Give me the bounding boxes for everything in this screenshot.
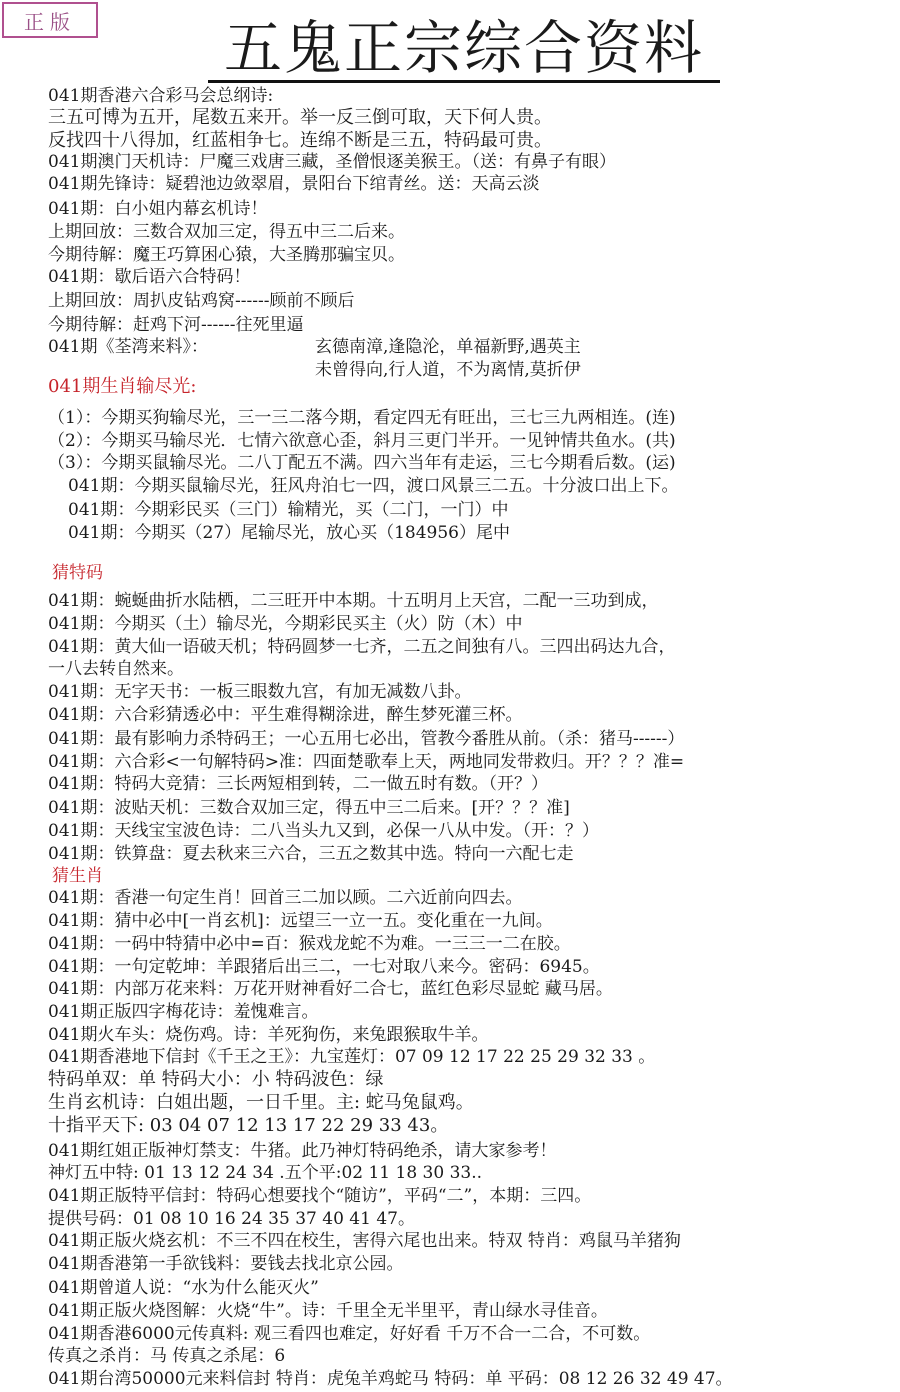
text-line: 041期：歇后语六合特码！ <box>48 266 250 288</box>
section-heading: 猜生肖 <box>52 865 103 887</box>
text-line: 041期：白小姐内幕玄机诗！ <box>48 198 267 220</box>
text-line: 传真之杀肖：马 传真之杀尾：6 <box>48 1345 285 1367</box>
text-line: （2）：今期买马输尽光．七情六欲意心歪，斜月三更门半开。一见钟情共鱼水。(共) <box>48 430 676 452</box>
text-line: 041期正版四字梅花诗：羞愧难言。 <box>48 1001 318 1023</box>
text-line: 041期：无字天书：一板三眼数九宫，有加无减数八卦。 <box>48 681 471 703</box>
text-line: 041期：最有影响力杀特码王；一心五用七必出，管教今番胜从前。（杀：猪马----… <box>48 728 684 750</box>
text-line: 041期：六合彩猜透必中：平生难得糊涂进，醉生梦死灌三杯。 <box>48 704 522 726</box>
title-underline <box>208 80 720 83</box>
text-line: 041期正版特平信封：特码心想要找个“随访”，平码“二”，本期：三四。 <box>48 1185 591 1207</box>
text-line: 041期澳门天机诗：尸魔三戏唐三藏，圣僧恨逐美猴王。（送：有鼻子有眼） <box>48 151 616 173</box>
text-line: 一八去转自然来。 <box>48 658 184 680</box>
text-line: 特码单双：单 特码大小：小 特码波色：绿 <box>48 1069 383 1091</box>
text-line: 041期先锋诗：疑碧池边敛翠眉，景阳台下绾青丝。送：天高云淡 <box>48 173 539 195</box>
text-line: 041期：波贴天机：三数合双加三定，得五中三二后来。[开？？？准] <box>48 797 570 819</box>
text-line: 041期：黄大仙一语破天机；特码圆梦一七齐，二五之间独有八。三四出码达九合， <box>48 636 675 658</box>
text-line: 041期：今期买鼠输尽光，狂风舟泊七一四，渡口风景三二五。十分波口出上下。 <box>68 475 678 497</box>
text-line: 提供号码：01 08 10 16 24 35 37 40 41 47。 <box>48 1208 415 1230</box>
text-line: 041期：一句定乾坤：羊跟猪后出三二，一七对取八来今。密码：6945。 <box>48 956 600 978</box>
text-line: （1）：今期买狗输尽光，三一三二落今期，看定四无有旺出，三七三九两相连。(连) <box>48 407 676 429</box>
text-line: 041期：猜中必中[一肖玄机]：远望三一立一五。变化重在一九间。 <box>48 910 553 932</box>
text-line: 上期回放：周扒皮钻鸡窝------顾前不顾后 <box>48 290 354 312</box>
text-line: 041期：今期买（27）尾输尽光，放心买（184956）尾中 <box>68 522 510 544</box>
text-line: 041期台湾50000元来料信封 特肖：虎兔羊鸡蛇马 特码：单 平码：08 12… <box>48 1368 733 1390</box>
text-line: 041期：香港一句定生肖！回首三二加以顾。二六近前向四去。 <box>48 887 522 909</box>
text-line: 041期：一码中特猜中必中=百：猴戏龙蛇不为难。一三三一二在胶。 <box>48 933 571 955</box>
text-line: 041期香港6000元传真料: 观三看四也难定，好好看 千万不合一二合，不可数。 <box>48 1323 650 1345</box>
text-line: 041期香港第一手欲钱料：要钱去找北京公园。 <box>48 1253 403 1275</box>
text-line: 十指平天下: 03 04 07 12 13 17 22 29 33 43。 <box>48 1115 448 1137</box>
text-line: 041期：今期买（土）输尽光，今期彩民买主（火）防（木）中 <box>48 613 522 635</box>
text-line: 生肖玄机诗：白姐出题，一日千里。主: 蛇马兔鼠鸡。 <box>48 1092 474 1114</box>
genuine-edition-stamp: 正版 <box>2 2 98 38</box>
text-line: （3）：今期买鼠输尽光。二八丁配五不满。四六当年有走运，三七今期看后数。(运) <box>48 452 676 474</box>
text-line: 神灯五中特: 01 13 12 24 34 .五个平:02 11 18 30 3… <box>48 1162 482 1184</box>
text-line: 三五可博为五开，尾数五来开。举一反三倒可取，天下何人贵。 <box>48 107 552 129</box>
text-line: 041期：特码大竞猜：三长两短相到转，二一做五时有数。（开？） <box>48 773 548 795</box>
text-line: 041期：今期彩民买（三门）输精光，买（二门，一门）中 <box>68 499 508 521</box>
section-heading: 猜特码 <box>52 562 103 584</box>
text-line: 未曾得向,行人道，不为离情,莫折伊 <box>315 359 581 381</box>
text-line: 041期正版火烧图解：火烧“牛”。诗：千里全无半里平，青山绿水寻佳音。 <box>48 1300 608 1322</box>
text-line: 今期待解：魔王巧算困心猿，大圣腾那骗宝贝。 <box>48 244 405 266</box>
text-line: 反找四十八得加，红蓝相争七。连绵不断是三五，特码最可贵。 <box>48 130 552 152</box>
section-heading: 041期生肖输尽光: <box>48 376 196 398</box>
text-line: 玄德南漳,逢隐沦，单福新野,遇英主 <box>315 336 581 358</box>
text-line: 今期待解：赶鸡下河------往死里逼 <box>48 314 303 336</box>
text-line: 041期：内部万花来料：万花开财神看好二合七，蓝红色彩尽显蛇 藏马居。 <box>48 978 613 1000</box>
text-line: 041期：六合彩<一句解特码>准：四面楚歌奉上天，两地同发带救归。开？？？准= <box>48 751 684 773</box>
text-line: 041期正版火烧玄机：不三不四在校生，害得六尾也出来。特双 特肖：鸡鼠马羊猪狗 <box>48 1230 681 1252</box>
text-line: 041期香港六合彩马会总纲诗: <box>48 85 273 107</box>
text-line: 041期：天线宝宝波色诗：二八当头九又到，必保一八从中发。（开：？） <box>48 820 599 842</box>
text-line: 041期《荃湾来料》： <box>48 336 208 358</box>
page-title: 五鬼正宗综合资料 <box>208 16 720 80</box>
text-line: 041期红姐正版神灯禁支：牛猪。此乃神灯特码绝杀，请大家参考！ <box>48 1140 556 1162</box>
text-line: 041期曾道人说：“水为什么能灭火” <box>48 1277 319 1299</box>
text-line: 041期香港地下信封《千王之王》：九宝莲灯：07 09 12 17 22 25 … <box>48 1046 655 1068</box>
text-line: 041期：蜿蜒曲折水陆栖，二三旺开中本期。十五明月上天宫，二配一三功到成， <box>48 590 658 612</box>
text-line: 041期：铁算盘：夏去秋来三六合，三五之数其中选。特向一六配七走 <box>48 843 573 865</box>
text-line: 041期火车头：烧伤鸡。诗：羊死狗伤，来兔跟猴取牛羊。 <box>48 1024 488 1046</box>
text-line: 上期回放：三数合双加三定，得五中三二后来。 <box>48 221 405 243</box>
